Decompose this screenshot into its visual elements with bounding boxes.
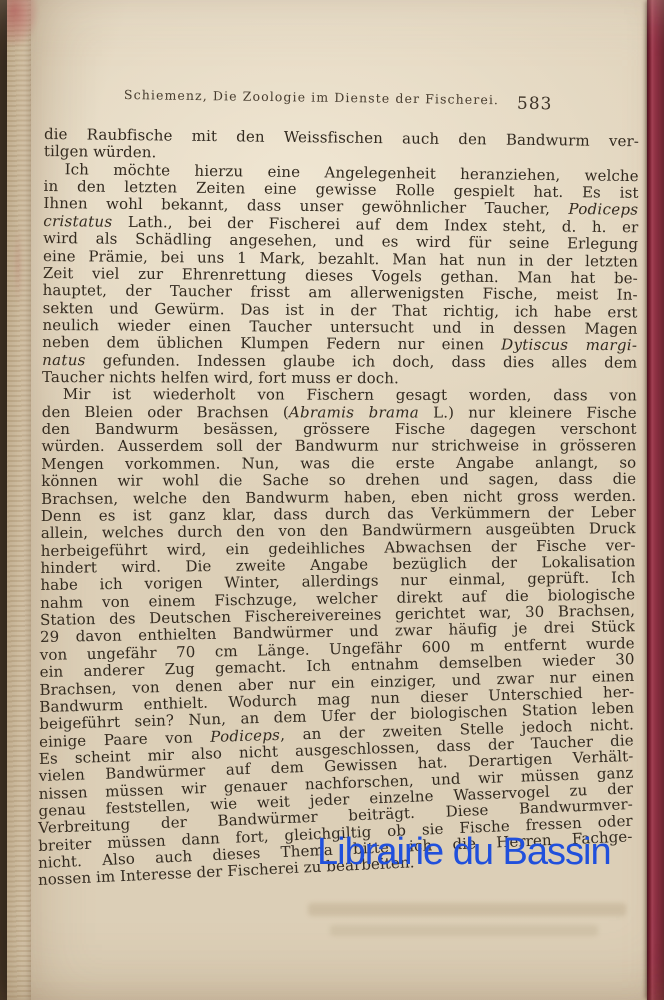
body-text: die Raubfische mit den Weissfischen auch… (44, 126, 639, 906)
species-name-italic: cristatus (43, 212, 112, 231)
species-name-italic: Dytiscus margi- (501, 336, 637, 355)
page-stack-edge (7, 0, 31, 1000)
left-gap-shadow (0, 0, 7, 1000)
running-header: Schiemenz, Die Zoologie im Dienste der F… (124, 87, 499, 107)
red-edge-smudge-small (14, 220, 22, 310)
book-page-photo: Schiemenz, Die Zoologie im Dienste der F… (0, 0, 664, 1000)
species-name-italic: natus (42, 351, 86, 369)
species-name-italic: Abramis brama (289, 403, 419, 421)
species-name-italic: Podiceps (568, 200, 638, 219)
text-segment: tilgen würden. (44, 142, 157, 161)
page-number: 583 (517, 94, 553, 114)
red-edge-smudge (4, 0, 38, 46)
text-segment: L.) nur kleinere Fische (419, 403, 637, 421)
text-segment: würden. Ausserdem soll der Bandwurm nur … (41, 437, 636, 456)
text-segment: Mir ist wiederholt von Fischern gesagt w… (63, 385, 637, 404)
text-segment: den Bleien oder Brachsen ( (42, 403, 289, 421)
book-cover-edge (647, 0, 664, 1000)
watermark-text: Librairie du Bassin (317, 831, 611, 874)
show-through-ghost-text (330, 925, 598, 936)
